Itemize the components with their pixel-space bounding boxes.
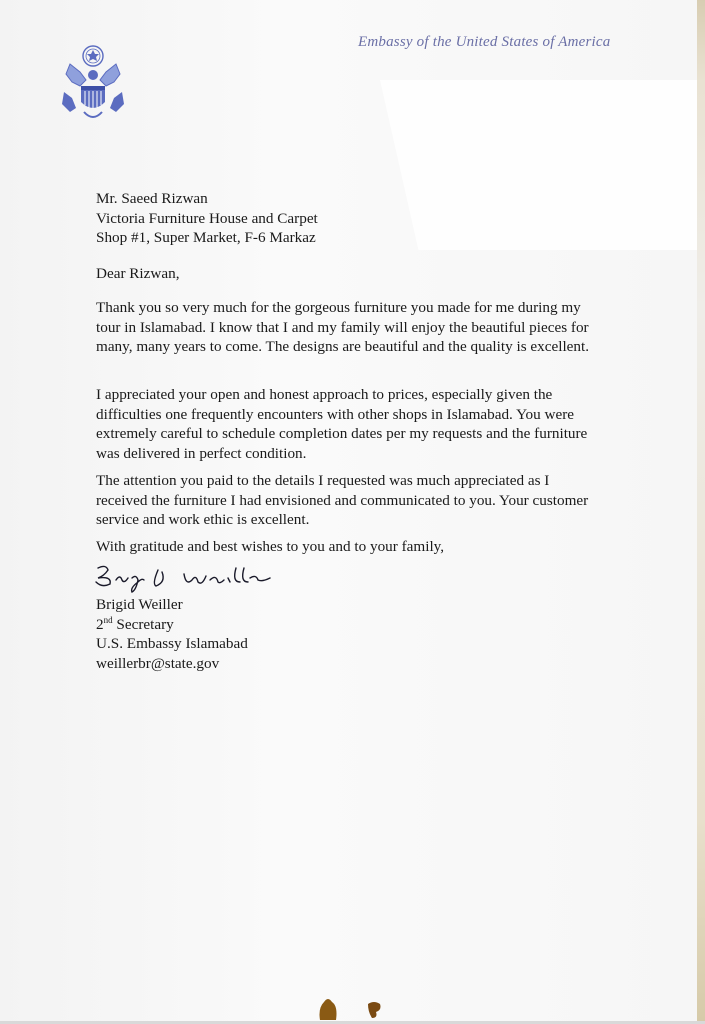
paragraph-1: Thank you so very much for the gorgeous … [96, 298, 676, 357]
title-ordinal: 2 [96, 616, 104, 633]
signer-organization: U.S. Embassy Islamabad [96, 634, 248, 654]
signer-email: weillerbr@state.gov [96, 654, 248, 674]
closing-line: With gratitude and best wishes to you an… [96, 537, 444, 557]
paragraph-line: difficulties one frequently encounters w… [96, 405, 676, 425]
paragraph-line: received the furniture I had envisioned … [96, 491, 676, 511]
paragraph-line: tour in Islamabad. I know that I and my … [96, 318, 676, 338]
salutation: Dear Rizwan, [96, 264, 180, 284]
title-suffix: nd [104, 614, 113, 624]
paper-stain [318, 992, 388, 1022]
recipient-address: Mr. Saeed Rizwan Victoria Furniture Hous… [96, 189, 318, 248]
letterhead-title: Embassy of the United States of America [358, 34, 611, 51]
paragraph-line: Thank you so very much for the gorgeous … [96, 298, 676, 318]
paper-edge [697, 0, 705, 1024]
paragraph-line: was delivered in perfect condition. [96, 444, 676, 464]
paragraph-line: I appreciated your open and honest appro… [96, 385, 676, 405]
title-rest: Secretary [113, 616, 174, 633]
signer-name: Brigid Weiller [96, 595, 248, 615]
recipient-name: Mr. Saeed Rizwan [96, 189, 318, 209]
paragraph-line: many, many years to come. The designs ar… [96, 337, 676, 357]
paragraph-line: service and work ethic is excellent. [96, 510, 676, 530]
signature-block: Brigid Weiller 2nd Secretary U.S. Embass… [96, 595, 248, 673]
signer-title: 2nd Secretary [96, 615, 248, 635]
paragraph-2: I appreciated your open and honest appro… [96, 385, 676, 463]
light-glare [380, 80, 700, 250]
paragraph-line: extremely careful to schedule completion… [96, 424, 676, 444]
handwritten-signature-icon [92, 560, 312, 596]
recipient-company: Victoria Furniture House and Carpet [96, 209, 318, 229]
paragraph-3: The attention you paid to the details I … [96, 471, 676, 530]
paragraph-line: The attention you paid to the details I … [96, 471, 676, 491]
letter-page: Embassy of the United States of America … [0, 0, 705, 1024]
recipient-street: Shop #1, Super Market, F-6 Markaz [96, 228, 318, 248]
great-seal-eagle-icon [50, 42, 136, 128]
